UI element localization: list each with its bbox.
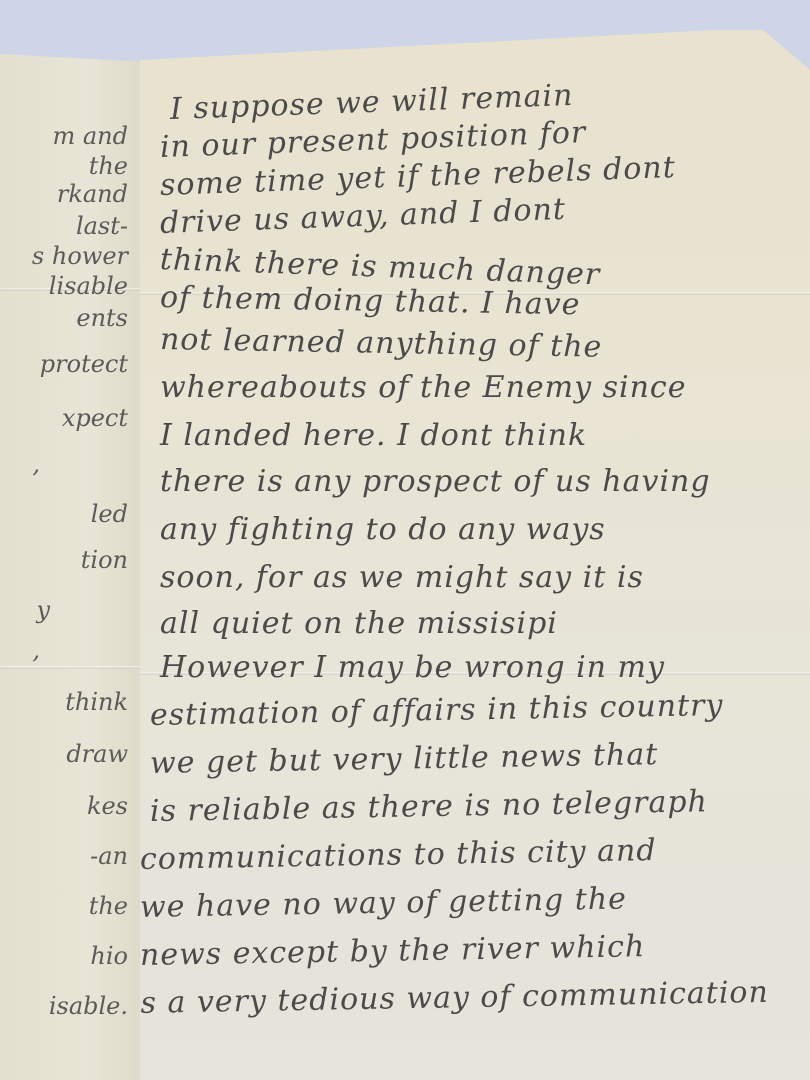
left-fragment: protect bbox=[40, 350, 128, 378]
left-fragment: rkand bbox=[57, 180, 128, 208]
left-fragment: isable. bbox=[49, 992, 128, 1020]
left-fragment: hio bbox=[90, 942, 128, 970]
letter-line: there is any prospect of us having bbox=[160, 464, 711, 499]
left-fragment: last- bbox=[76, 212, 128, 240]
letter-line: of them doing that. I have bbox=[160, 280, 581, 322]
letter-line: we have no way of getting the bbox=[140, 882, 627, 925]
letter-line: is a very tedious way of communication bbox=[130, 975, 769, 1021]
left-fragment: think bbox=[65, 688, 128, 716]
left-fragment: , bbox=[32, 636, 40, 664]
left-fragment: the bbox=[89, 152, 128, 180]
letter-line: I landed here. I dont think bbox=[160, 418, 587, 453]
letter-line: news except by the river which bbox=[140, 929, 646, 973]
left-fragment: , bbox=[32, 450, 40, 478]
left-fragment: y bbox=[36, 596, 50, 624]
left-page: m and the rkand last- s hower lisable en… bbox=[0, 52, 150, 1080]
letter-line: we get but very little news that bbox=[150, 737, 659, 781]
left-fragment: kes bbox=[87, 792, 128, 820]
left-fragment: lisable bbox=[49, 272, 128, 300]
left-fragment: ents bbox=[76, 304, 128, 332]
letter-line: whereabouts of the Enemy since bbox=[160, 370, 686, 405]
left-fragment: -an bbox=[90, 842, 128, 870]
left-fragment: m and bbox=[52, 122, 128, 150]
left-fragment: draw bbox=[66, 740, 128, 768]
left-fragment: s hower bbox=[32, 242, 128, 270]
left-fragment: the bbox=[89, 892, 128, 920]
letter-line: not learned anything of the bbox=[160, 322, 603, 365]
letter-line: is reliable as there is no telegraph bbox=[150, 784, 708, 829]
fold-crease bbox=[0, 666, 150, 669]
main-page: I suppose we will remain in our present … bbox=[140, 30, 810, 1080]
letter-line: any fighting to do any ways bbox=[160, 512, 606, 547]
left-fragment: tion bbox=[81, 546, 128, 574]
left-fragment: led bbox=[91, 500, 128, 528]
letter-line: estimation of affairs in this country bbox=[150, 688, 724, 733]
left-fragment: xpect bbox=[62, 404, 128, 432]
letter-photo: m and the rkand last- s hower lisable en… bbox=[0, 0, 810, 1080]
letter-line: all quiet on the missisipi bbox=[160, 606, 558, 641]
letter-line: However I may be wrong in my bbox=[160, 650, 665, 685]
letter-line: soon, for as we might say it is bbox=[160, 560, 644, 595]
letter-line: communications to this city and bbox=[140, 833, 657, 877]
